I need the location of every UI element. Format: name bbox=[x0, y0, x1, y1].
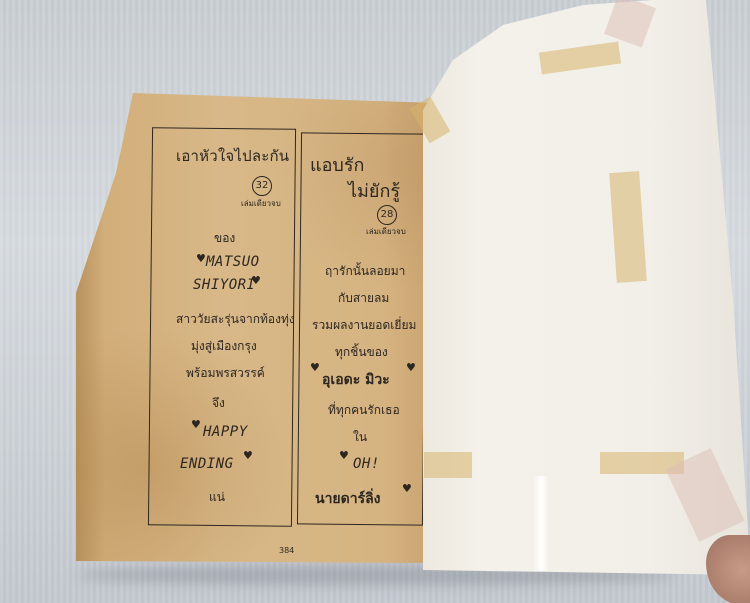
right-line: อุเอดะ มิวะ bbox=[322, 369, 390, 391]
left-panel-title: เอาหัวใจไปละกัน bbox=[176, 144, 289, 168]
left-line: SHIYORI bbox=[193, 277, 256, 293]
left-line: จึง bbox=[212, 394, 225, 413]
left-line: มุ่งสู่เมืองกรุง bbox=[191, 337, 257, 356]
right-volume-label: เล่มเดียวจบ bbox=[366, 225, 406, 238]
gloss-highlight bbox=[533, 476, 549, 571]
left-line: ของ bbox=[214, 229, 235, 248]
right-line: ทุกชิ้นของ bbox=[335, 343, 388, 362]
left-line: MATSUO bbox=[206, 254, 260, 270]
right-panel-title-line2: ไม่ยักรู้ bbox=[348, 176, 400, 205]
heart-icon: ♥ bbox=[310, 361, 320, 374]
right-line: รวมผลงานยอดเยี่ยม bbox=[312, 316, 416, 335]
heart-icon: ♥ bbox=[251, 274, 261, 287]
heart-icon: ♥ bbox=[402, 482, 412, 495]
right-line: กับสายลม bbox=[338, 289, 389, 308]
tape-strip bbox=[424, 452, 472, 478]
right-volume-badge: 28 bbox=[377, 205, 397, 225]
left-line: HAPPY bbox=[203, 424, 248, 440]
heart-icon: ♥ bbox=[196, 252, 206, 265]
left-volume-label: เล่มเดียวจบ bbox=[241, 197, 281, 210]
right-line: ที่ทุกคนรักเธอ bbox=[328, 401, 400, 420]
heart-icon: ♥ bbox=[339, 449, 349, 462]
right-line: นายดาร์ลิ่ง bbox=[315, 488, 381, 510]
left-line: ENDING bbox=[180, 456, 234, 472]
heart-icon: ♥ bbox=[191, 418, 201, 431]
heart-icon: ♥ bbox=[406, 361, 416, 374]
right-line: ใน bbox=[353, 428, 367, 447]
left-line: พร้อมพรสวรรค์ bbox=[186, 364, 265, 383]
right-line: OH! bbox=[353, 456, 380, 472]
page-number: 384 bbox=[279, 546, 294, 555]
right-panel-title-line1: แอบรัก bbox=[310, 150, 364, 179]
heart-icon: ♥ bbox=[243, 449, 253, 462]
left-volume-badge: 32 bbox=[252, 176, 272, 196]
left-line: แน่ bbox=[209, 488, 225, 507]
right-line: ฤารักนั้นลอยมา bbox=[325, 262, 405, 281]
left-line: สาววัยสะรุ่นจากท้องทุ่ง bbox=[176, 310, 295, 329]
